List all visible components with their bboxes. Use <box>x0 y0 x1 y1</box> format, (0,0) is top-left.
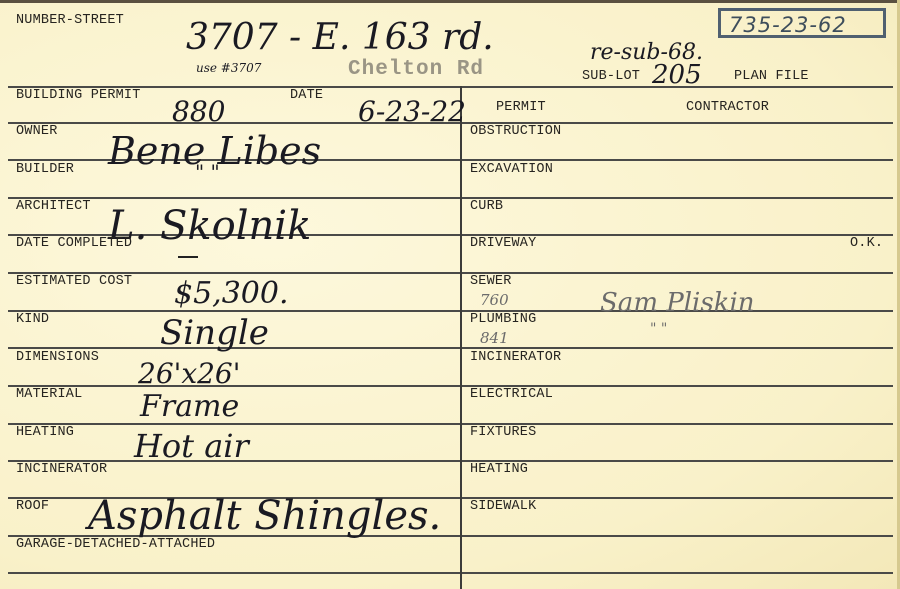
permit-label-plumbing: PLUMBING <box>470 313 536 327</box>
building-permit-card: NUMBER-STREET 3707 - E. 163 rd. use #370… <box>0 0 900 589</box>
field-label-kind: KIND <box>16 313 49 327</box>
permit-label-excavation: EXCAVATION <box>470 163 553 177</box>
field-label-builder: BUILDER <box>16 163 74 177</box>
plan-file-label: PLAN FILE <box>734 70 809 84</box>
column-divider <box>460 86 462 589</box>
permit-label-curb: CURB <box>470 200 503 214</box>
field-label-incinerator: INCINERATOR <box>16 463 107 477</box>
field-value-heating: Hot air <box>134 430 249 462</box>
field-label-date-completed: DATE COMPLETED <box>16 237 132 251</box>
file-number-box: 735-23-62 <box>718 8 886 38</box>
permit-label-sewer: SEWER <box>470 275 512 289</box>
permit-number-plumbing: 841 <box>480 331 509 346</box>
permit-label-incinerator: INCINERATOR <box>470 351 561 365</box>
ruled-line <box>8 347 893 349</box>
field-value-roof: Asphalt Shingles. <box>88 496 441 536</box>
permit-label-obstruction: OBSTRUCTION <box>470 125 561 139</box>
contractor-plumbing: " " <box>650 322 667 336</box>
field-value-estimated-cost: $5,300. <box>174 279 289 309</box>
field-value-architect: L. Skolnik <box>108 206 311 246</box>
field-label-estimated-cost: ESTIMATED COST <box>16 275 132 289</box>
ruled-line <box>8 86 893 88</box>
field-label-garage-detached-attached: GARAGE-DETACHED-ATTACHED <box>16 538 215 552</box>
field-label-architect: ARCHITECT <box>16 200 91 214</box>
ruled-line <box>8 310 893 312</box>
field-value-kind: Single <box>160 316 269 350</box>
date-completed-dash <box>178 256 198 258</box>
contractor-sewer: Sam Pliskin <box>600 290 755 316</box>
permit-label-sidewalk: SIDEWALK <box>470 500 536 514</box>
field-label-building-permit: BUILDING PERMIT <box>16 89 141 103</box>
field-label-roof: ROOF <box>16 500 49 514</box>
permit-label-electrical: ELECTRICAL <box>470 388 553 402</box>
stamped-street-name: Chelton Rd <box>348 58 484 81</box>
permit-note-driveway: O.K. <box>850 237 883 251</box>
field-value-dimensions: 26'x26' <box>138 360 240 388</box>
card-top-edge <box>0 0 900 3</box>
number-street-value: 3707 - E. 163 rd. <box>186 20 494 56</box>
ruled-line <box>8 272 893 274</box>
sub-lot-value: 205 <box>652 62 702 88</box>
field-label-heating: HEATING <box>16 426 74 440</box>
field-value-building-permit: 880 <box>172 98 225 126</box>
date-label: DATE <box>290 89 323 103</box>
date-value: 6-23-22 <box>358 98 466 126</box>
file-number: 735-23-62 <box>729 13 847 37</box>
number-street-label: NUMBER-STREET <box>16 14 124 28</box>
field-label-dimensions: DIMENSIONS <box>16 351 99 365</box>
sub-lot-label: SUB-LOT <box>582 70 640 84</box>
ruled-line <box>8 197 893 199</box>
field-label-owner: OWNER <box>16 125 58 139</box>
permit-label-driveway: DRIVEWAY <box>470 237 536 251</box>
field-value-material: Frame <box>140 392 239 422</box>
field-label-material: MATERIAL <box>16 388 82 402</box>
permit-label-fixtures: FIXTURES <box>470 426 536 440</box>
permit-number-sewer: 760 <box>480 293 509 308</box>
contractor-column-header: CONTRACTOR <box>686 101 769 115</box>
permit-column-header: PERMIT <box>496 101 546 115</box>
use-number-note: use #3707 <box>196 62 261 74</box>
permit-label-heating: HEATING <box>470 463 528 477</box>
ruled-line <box>8 572 893 574</box>
field-value-builder: " " <box>195 162 220 182</box>
